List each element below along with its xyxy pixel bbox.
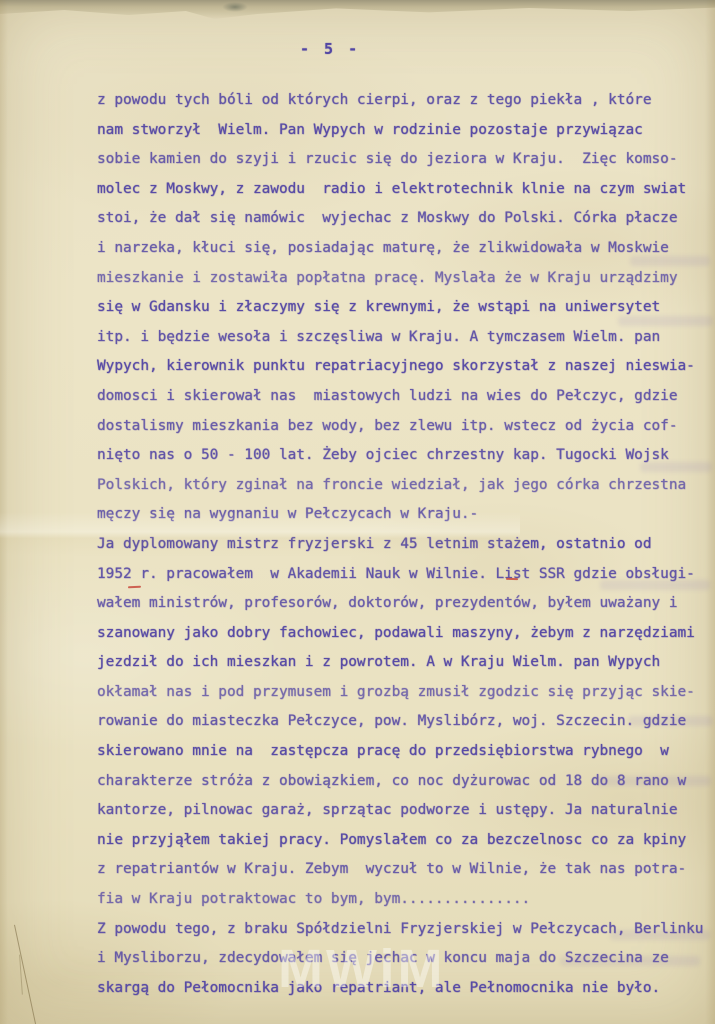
text-line: nie przyjąłem takiej pracy. Pomyslałem c… — [97, 826, 709, 856]
paper-left-edge-shading — [0, 0, 8, 1024]
text-line: szanowany jako dobry fachowiec, podawali… — [97, 619, 709, 649]
text-line: z powodu tych bóli od których cierpi, or… — [97, 86, 709, 116]
text-line: jezdził do ich mieszkan i z powrotem. A … — [97, 648, 709, 678]
text-line: molec z Moskwy, z zawodu radio i elektro… — [97, 175, 709, 205]
ink-smudge — [596, 776, 711, 786]
page-number: - 5 - — [300, 40, 360, 58]
ink-smudge — [630, 256, 710, 266]
text-line: stoi, że dał się namówic wyjechac z Mosk… — [97, 204, 709, 234]
text-line: mieszkanie i zostawiła popłatna pracę. M… — [97, 264, 709, 294]
torn-edge-notch — [222, 2, 248, 12]
text-line: domosci i skierował nas miastowych ludzi… — [97, 382, 709, 412]
text-line: sobie kamien do szyji i rzucic się do je… — [97, 145, 709, 175]
text-line: rowanie do miasteczka Pełczyce, pow. Mys… — [97, 707, 709, 737]
text-line: wałem ministrów, profesorów, doktorów, p… — [97, 589, 709, 619]
ink-smudge — [628, 716, 713, 726]
text-line: nam stworzył Wielm. Pan Wypych w rodzini… — [97, 116, 709, 146]
typewritten-text: z powodu tych bóli od których cierpi, or… — [97, 86, 709, 1003]
text-line: itp. i będzie wesoła i szczęsliwa w Kraj… — [97, 323, 709, 353]
red-underline-mark-ssr — [506, 578, 518, 580]
text-line: dostalismy mieszkania bez wody, bez zlew… — [97, 412, 709, 442]
text-line: i narzeka, kłuci się, posiadając maturę,… — [97, 234, 709, 264]
text-line: nięto nas o 50 - 100 lat. Żeby ojciec ch… — [97, 441, 709, 471]
torn-top-edge — [0, 0, 715, 20]
text-line: z repatriantów w Kraju. Zebym wyczuł to … — [97, 855, 709, 885]
text-line: okłamał nas i pod przymusem i grozbą zmu… — [97, 678, 709, 708]
text-line: Polskich, który zginał na froncie wiedzi… — [97, 471, 709, 501]
ink-smudge — [640, 462, 712, 472]
text-line: Ja dyplomowany mistrz fryzjerski z 45 le… — [97, 530, 709, 560]
ink-smudge — [618, 316, 713, 326]
ink-smudge — [600, 580, 710, 590]
text-line: skierowano mnie na zastępcza pracę do pr… — [97, 737, 709, 767]
scanned-document-page: - 5 - z powodu tych bóli od których cier… — [0, 0, 715, 1024]
text-line: Wypych, kierownik punktu repatriacyjnego… — [97, 352, 709, 382]
bottom-left-crease — [14, 925, 37, 1024]
text-line: fia w Kraju potraktowac to bym, bym.....… — [97, 885, 709, 915]
text-line: męczy się na wygnaniu w Pełczycach w Kra… — [97, 500, 709, 530]
ink-smudge — [560, 956, 700, 966]
text-line: kantorze, pilnowac garaż, sprzątac podwo… — [97, 796, 709, 826]
text-line: skargą do Pełomocnika jako repatriant, a… — [97, 974, 709, 1004]
ink-smudge — [610, 930, 710, 940]
